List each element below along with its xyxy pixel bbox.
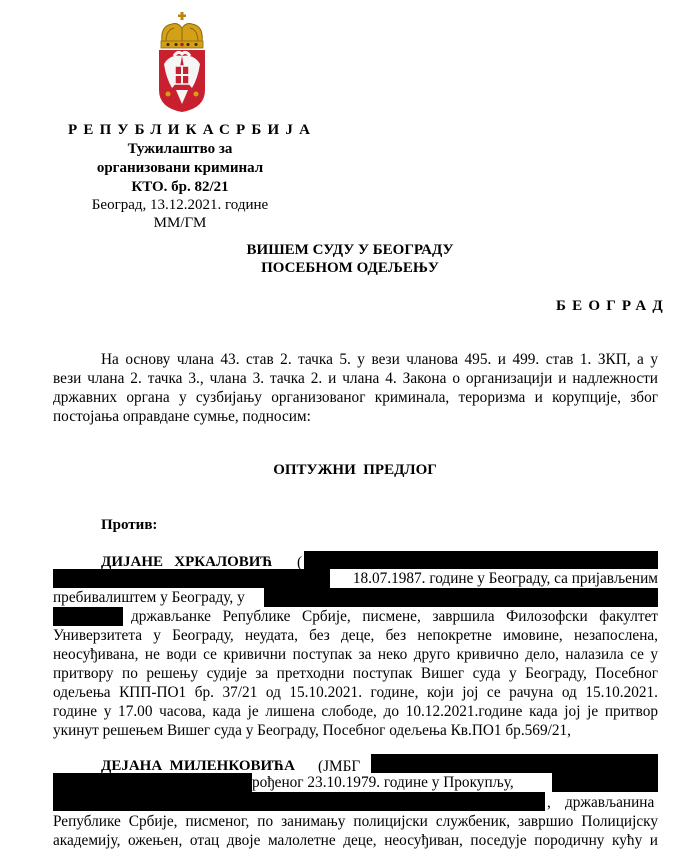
document-title: ОПТУЖНИ ПРЕДЛОГ [200,461,510,480]
defendant1-line: притвору по решењу судије за претходни п… [53,664,658,683]
defendant1-line: године у 17.00 часова, када је лишена сл… [53,702,658,721]
office-name-line2: организовани криминал [80,159,280,178]
intro-line: постојања оправдане сумње, подносим: [53,407,658,426]
defendant2-line: академију, ожењен, отац двоје малолетне … [53,831,658,850]
defendant2-citizenship: држављанина [565,793,654,812]
defendant1-line: неосуђивана, не води се кривични поступа… [53,645,658,664]
against-label: Против: [101,516,157,535]
defendant2-line: Републике Србије, писменог, по занимању … [53,812,658,831]
place-and-date: Београд, 13.12.2021. године [80,196,280,215]
office-name-line1: Тужилаштво за [80,140,280,159]
intro-line: вези члана 2. тачка 3., члана 3. тачка 2… [53,369,658,388]
defendant1-line: одељења КПП-ПО1 бр. 37/21 од 15.10.2021.… [53,683,658,702]
redaction-block [304,551,658,570]
case-number: КТО. бр. 82/21 [80,178,280,197]
addressee-department: ПОСЕБНОМ ОДЕЉЕЊУ [215,259,485,278]
intro-line: државних органа у сузбијању организовано… [53,388,658,407]
addressee-city: БЕОГРАД [556,297,669,316]
redaction-block [264,588,658,607]
defendant1-line: Универзитета у Београду, неудата, без де… [53,626,658,645]
defendant1-line: укинут решењем Вишег суда у Београду, По… [53,721,658,740]
redaction-block [53,607,123,626]
republic-heading: РЕПУБЛИКАСРБИЈА [68,121,294,140]
defendant2-comma: , [547,793,551,812]
redaction-block [53,792,545,811]
defendant1-residence: пребивалиштем у Београду, у [53,588,245,607]
intro-line: На основу члана 43. став 2. тачка 5. у в… [101,350,658,369]
serbia-coat-of-arms-icon [156,12,208,112]
reference-initials: ММ/ГМ [80,214,280,233]
addressee-court: ВИШЕМ СУДУ У БЕОГРАДУ [215,241,485,260]
defendant1-citizenship: држављанке Републике Србије, писмене, за… [131,607,658,626]
defendant2-birth-info: рођеног 23.10.1979. године у Прокупљу, [252,773,552,792]
defendant1-birth-info: 18.07.1987. године у Београду, са пријав… [330,569,658,588]
redaction-block [371,754,658,775]
